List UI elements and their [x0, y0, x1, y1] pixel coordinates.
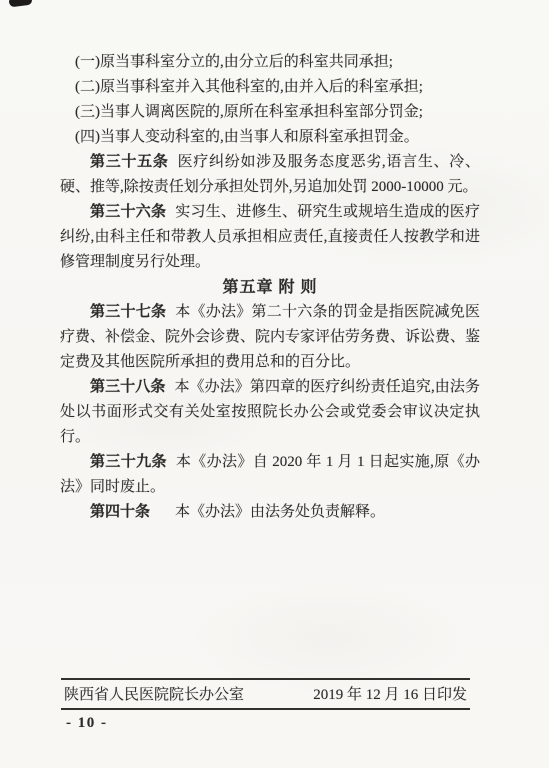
document-body: (一)原当事科室分立的,由分立后的科室共同承担; (二)原当事科室并入其他科室的…: [60, 50, 480, 525]
issue-date: 2019 年 12 月 16 日印发: [313, 683, 467, 704]
article-37: 第三十七条本《办法》第二十六条的罚金是指医院减免医疗费、补偿金、院外会诊费、院内…: [60, 300, 480, 375]
article-40-label: 第四十条: [90, 504, 150, 520]
article-36: 第三十六条实习生、进修生、研究生或规培生造成的医疗纠纷,由科主任和带教人员承担相…: [60, 200, 480, 275]
article-39-label: 第三十九条: [90, 454, 167, 470]
article-38: 第三十八条本《办法》第四章的医疗纠纷责任追究,由法务处以书面形式交有关处室按照院…: [60, 375, 480, 450]
article-35-label: 第三十五条: [90, 154, 169, 170]
list-item-4: (四)当事人变动科室的,由当事人和原科室承担罚金。: [60, 125, 480, 150]
list-item-3: (三)当事人调离医院的,原所在科室承担科室部分罚金;: [60, 100, 480, 125]
list-item-1: (一)原当事科室分立的,由分立后的科室共同承担;: [60, 50, 480, 75]
article-40: 第四十条本《办法》由法务处负责解释。: [60, 500, 480, 525]
article-36-label: 第三十六条: [90, 204, 166, 220]
list-item-2: (二)原当事科室并入其他科室的,由并入后的科室承担;: [60, 75, 480, 100]
scan-corner-artifact: [8, 0, 32, 7]
chapter-heading: 第五章 附 则: [60, 275, 480, 300]
article-39: 第三十九条本《办法》自 2020 年 1 月 1 日起实施,原《办法》同时废止。: [60, 450, 480, 500]
page-number: - 10 -: [66, 715, 108, 732]
article-38-label: 第三十八条: [90, 379, 165, 395]
article-40-text: 本《办法》由法务处负责解释。: [175, 504, 385, 520]
colophon-bar: 陕西省人民医院院长办公室 2019 年 12 月 16 日印发: [61, 678, 470, 710]
scanned-document-page: (一)原当事科室分立的,由分立后的科室共同承担; (二)原当事科室并入其他科室的…: [0, 0, 549, 768]
issuing-office: 陕西省人民医院院长办公室: [64, 683, 244, 704]
article-35: 第三十五条医疗纠纷如涉及服务态度恶劣,语言生、冷、硬、推等,除按责任划分承担处罚…: [60, 150, 480, 200]
article-37-label: 第三十七条: [90, 304, 166, 320]
